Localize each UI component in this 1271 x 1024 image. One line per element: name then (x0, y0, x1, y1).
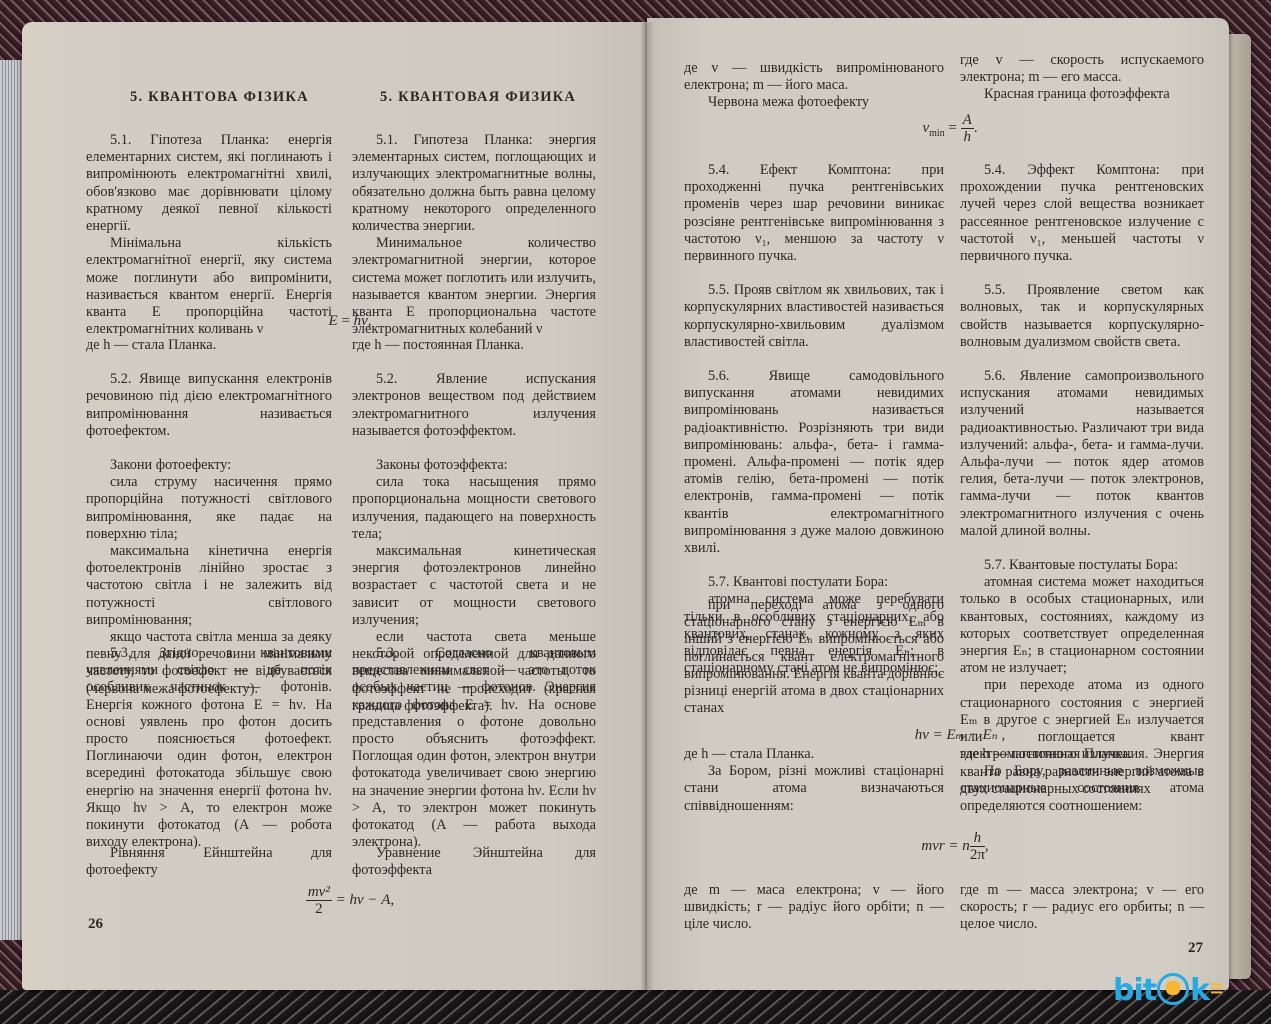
paragraph: 5.1. Гипотеза Планка: энергия элементарн… (352, 132, 596, 235)
left-uk-column-3: 5.3. Згідно з квантовими уявленнями світ… (86, 645, 332, 851)
formula-red-limit: νmin = Ah. (900, 112, 1000, 145)
formula-bohr-energy: hν = Eₘ − Eₙ , (880, 725, 1040, 744)
paragraph: 5.5. Проявление светом как волновых, так… (960, 282, 1204, 351)
right-ru-column-3: где h — постоянная Планка. По Бору, разл… (960, 746, 1204, 815)
paragraph: Червона межа фотоефекту (684, 94, 944, 111)
right-ru-column: где v — скорость испускаемого электрона;… (960, 52, 1204, 104)
paragraph: сила тока насыщения прямо пропорциональн… (352, 474, 596, 543)
watermark-logo: bitk≡ (1113, 973, 1223, 1008)
paragraph: Мінімальна кількість електромагнітної ен… (86, 235, 332, 338)
paragraph: где m — масса электрона; v — его скорост… (960, 882, 1204, 934)
right-uk-column: де v — швидкість випромінюваного електро… (684, 60, 944, 112)
paragraph: Уравнение Эйнштейна для фотоэффекта (352, 845, 596, 879)
paragraph: За Бором, різні можливі стаціонарні стан… (684, 763, 944, 815)
right-uk-column-3: при переході атома з одного стаціонарног… (684, 597, 944, 717)
paragraph: По Бору, различные возможные стационарны… (960, 763, 1204, 815)
page-number-left: 26 (88, 916, 103, 933)
paragraph: Рівняння Ейнштейна для фотоефекту (86, 845, 332, 879)
left-ru-column-4: Уравнение Эйнштейна для фотоэффекта (352, 845, 596, 879)
paragraph: максимальна кінетична енергія фотоелектр… (86, 543, 332, 629)
paragraph: 5.4. Ефект Комптона: при проходженні пуч… (684, 162, 944, 265)
section-title-uk: 5. КВАНТОВА ФІЗИКА (130, 89, 309, 106)
formula-einstein: mv²2 = hν − A, (270, 884, 430, 917)
backdrop-fabric (0, 990, 1271, 1024)
paragraph: при переході атома з одного стаціонарног… (684, 597, 944, 717)
paragraph: де v — швидкість випромінюваного електро… (684, 60, 944, 94)
backdrop-cloth (0, 60, 22, 940)
paragraph: 5.5. Прояв світлом як хвильових, так і к… (684, 282, 944, 351)
left-uk-column-4: Рівняння Ейнштейна для фотоефекту (86, 845, 332, 879)
paragraph: де h — стала Планка. (684, 746, 944, 763)
paragraph: 5.6. Явление самопроизвольного испускани… (960, 368, 1204, 540)
paragraph: Законы фотоэффекта: (352, 457, 596, 474)
right-uk-column-4: де h — стала Планка. За Бором, різні мож… (684, 746, 944, 815)
paragraph: 5.6. Явище самодовільного випускання ато… (684, 368, 944, 557)
paragraph: 5.2. Явище випускання електронів речовин… (86, 371, 332, 440)
paragraph: где h — постоянная Планка. (960, 746, 1204, 763)
paragraph: где h — постоянная Планка. (352, 337, 596, 354)
paragraph: 5.2. Явление испускания электронов вещес… (352, 371, 596, 440)
paragraph: максимальная кинетическая энергия фотоэл… (352, 543, 596, 629)
section-title-ru: 5. КВАНТОВАЯ ФИЗИКА (380, 89, 576, 106)
left-uk-column-2: де h — стала Планка. 5.2. Явище випускан… (86, 337, 332, 698)
page-number-right: 27 (1188, 940, 1203, 957)
left-ru-column-3: 5.3. Согласно квантовым представлениям с… (352, 645, 596, 851)
paragraph: Закони фотоефекту: (86, 457, 332, 474)
formula-planck: E = hν, (300, 313, 400, 330)
right-uk-column-5: де m — маса електрона; v — його швидкіст… (684, 882, 944, 934)
paragraph: 5.7. Квантовые постулаты Бора: (960, 557, 1204, 574)
paragraph: Красная граница фотоэффекта (960, 86, 1204, 103)
paragraph: 5.4. Эффект Комптона: при прохождении пу… (960, 162, 1204, 265)
ok-hand-icon (1157, 973, 1189, 1005)
paragraph: де m — маса електрона; v — його швидкіст… (684, 882, 944, 934)
paragraph: сила струму насичення прямо пропорційна … (86, 474, 332, 543)
paragraph: 5.7. Квантові постулати Бора: (684, 574, 944, 591)
paragraph: где v — скорость испускаемого электрона;… (960, 52, 1204, 86)
left-ru-column: 5.1. Гипотеза Планка: энергия элементарн… (352, 132, 596, 338)
paragraph: де h — стала Планка. (86, 337, 332, 354)
book-gutter (640, 22, 654, 990)
paragraph: 5.1. Гіпотеза Планка: енергія елементарн… (86, 132, 332, 235)
paragraph: атомная система может находиться только … (960, 574, 1204, 677)
formula-bohr-quantization: mvr = nh2π, (880, 830, 1030, 863)
paragraph: 5.3. Згідно з квантовими уявленнями світ… (86, 645, 332, 851)
right-ru-column-4: где m — масса электрона; v — его скорост… (960, 882, 1204, 934)
signal-waves-icon: ≡ (1209, 978, 1223, 999)
paragraph: 5.3. Согласно квантовым представлениям с… (352, 645, 596, 851)
right-ru-column-2: 5.4. Эффект Комптона: при прохождении пу… (960, 162, 1204, 798)
right-page-edge (1229, 34, 1251, 979)
left-uk-column: 5.1. Гіпотеза Планка: енергія елементарн… (86, 132, 332, 338)
